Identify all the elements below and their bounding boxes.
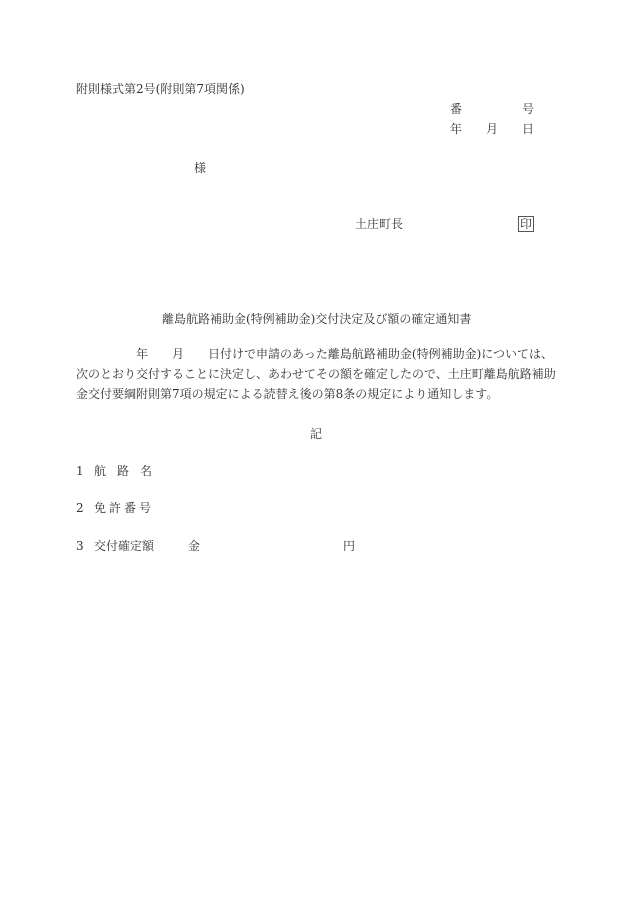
document-number-label-ban: 番 [450,103,462,115]
date-day-label: 日 [522,123,534,135]
addressee-honorific: 様 [194,162,206,174]
form-identifier: 附則様式第2号(附則第7項関係) [76,83,245,95]
body-paragraph-line-2: 次のとおり交付することに決定し、あわせてその額を確定したので、土庄町離島航路補助 [76,368,556,380]
item-number: 3 [76,540,94,552]
amount-suffix: 円 [343,540,355,552]
item-label: 航路名 [94,464,163,478]
body-line1-text: 日付けで申請のあった離島航路補助金(特例補助金)については、 [208,348,553,360]
item-route-name: 1航路名 [76,465,163,477]
issuer-title: 土庄町長 [355,218,403,230]
item-license-number: 2免許番号 [76,502,154,514]
item-label: 免許番号 [94,501,154,515]
item-grant-amount: 3交付確定額 [76,540,154,552]
date-month-label: 月 [486,123,498,135]
seal-stamp-icon: 印 [518,216,534,232]
body-paragraph-line-3: 金交付要綱附則第7項の規定による読替え後の第8条の規定により通知します。 [76,388,498,400]
body-year-label: 年 [136,348,148,360]
document-title: 離島航路補助金(特例補助金)交付決定及び額の確定通知書 [162,313,471,325]
item-number: 2 [76,502,94,514]
body-month-label: 月 [172,348,184,360]
item-number: 1 [76,465,94,477]
item-label: 交付確定額 [94,539,154,553]
amount-prefix: 金 [188,540,200,552]
document-number-label-go: 号 [522,103,534,115]
ki-heading: 記 [310,428,322,440]
date-year-label: 年 [450,123,462,135]
body-paragraph-line-1: 年月日付けで申請のあった離島航路補助金(特例補助金)については、 [76,348,553,360]
